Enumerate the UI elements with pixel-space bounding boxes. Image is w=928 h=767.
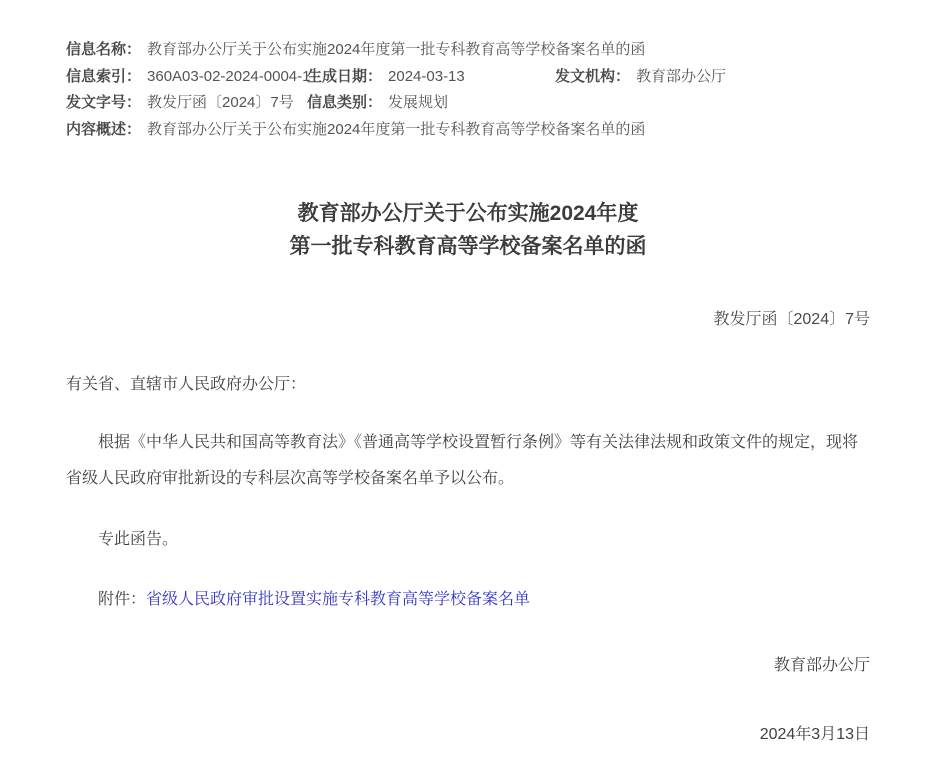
meta-group-category: 信息类别： 发展规划: [307, 90, 448, 117]
meta-row-index-date-agency: 信息索引： 360A03-02-2024-0004-1 生成日期： 2024-0…: [66, 64, 870, 91]
meta-group-agency: 发文机构： 教育部办公厅: [555, 64, 726, 91]
meta-label-summary: 内容概述：: [66, 117, 141, 144]
document-body: 有关省、直辖市人民政府办公厅： 根据《中华人民共和国高等教育法》《普通高等学校设…: [66, 367, 870, 753]
meta-label-name: 信息名称：: [66, 37, 141, 64]
document-title: 教育部办公厅关于公布实施2024年度 第一批专科教育高等学校备案名单的函: [66, 197, 870, 263]
attachment-link[interactable]: 省级人民政府审批设置实施专科教育高等学校备案名单: [146, 591, 530, 608]
meta-row-name: 信息名称： 教育部办公厅关于公布实施2024年度第一批专科教育高等学校备案名单的…: [66, 37, 870, 64]
meta-label-doc-number: 发文字号：: [66, 90, 141, 117]
meta-value-summary: 教育部办公厅关于公布实施2024年度第一批专科教育高等学校备案名单的函: [147, 117, 645, 144]
salutation: 有关省、直辖市人民政府办公厅：: [66, 367, 870, 403]
meta-row-docnum-category: 发文字号： 教发厅函〔2024〕7号 信息类别： 发展规划: [66, 90, 870, 117]
meta-row-summary: 内容概述： 教育部办公厅关于公布实施2024年度第一批专科教育高等学校备案名单的…: [66, 117, 870, 144]
meta-label-index: 信息索引：: [66, 64, 141, 91]
meta-label-category: 信息类别：: [307, 90, 382, 117]
meta-value-agency: 教育部办公厅: [636, 64, 726, 91]
meta-value-category: 发展规划: [388, 90, 448, 117]
document-title-line2: 第一批专科教育高等学校备案名单的函: [66, 230, 870, 263]
attachment-line: 附件：省级人民政府审批设置实施专科教育高等学校备案名单: [66, 582, 870, 618]
document-page: 信息名称： 教育部办公厅关于公布实施2024年度第一批专科教育高等学校备案名单的…: [0, 0, 928, 767]
meta-value-index: 360A03-02-2024-0004-1: [147, 64, 310, 91]
meta-value-name: 教育部办公厅关于公布实施2024年度第一批专科教育高等学校备案名单的函: [147, 37, 645, 64]
meta-group-index: 信息索引： 360A03-02-2024-0004-1: [66, 64, 307, 91]
body-paragraph: 根据《中华人民共和国高等教育法》《普通高等学校设置暂行条例》等有关法律法规和政策…: [66, 425, 870, 497]
document-date: 2024年3月13日: [66, 717, 870, 753]
meta-label-agency: 发文机构：: [555, 64, 630, 91]
meta-group-gen-date: 生成日期： 2024-03-13: [307, 64, 555, 91]
signer: 教育部办公厅: [66, 648, 870, 684]
closing-phrase: 专此函告。: [66, 522, 870, 558]
meta-value-gen-date: 2024-03-13: [388, 64, 465, 91]
document-title-line1: 教育部办公厅关于公布实施2024年度: [66, 197, 870, 230]
meta-label-gen-date: 生成日期：: [307, 64, 382, 91]
attachment-label: 附件：: [98, 591, 146, 608]
meta-value-doc-number: 教发厅函〔2024〕7号: [147, 90, 294, 117]
meta-group-doc-number: 发文字号： 教发厅函〔2024〕7号: [66, 90, 307, 117]
metadata-block: 信息名称： 教育部办公厅关于公布实施2024年度第一批专科教育高等学校备案名单的…: [66, 37, 870, 143]
document-number: 教发厅函〔2024〕7号: [66, 309, 870, 331]
